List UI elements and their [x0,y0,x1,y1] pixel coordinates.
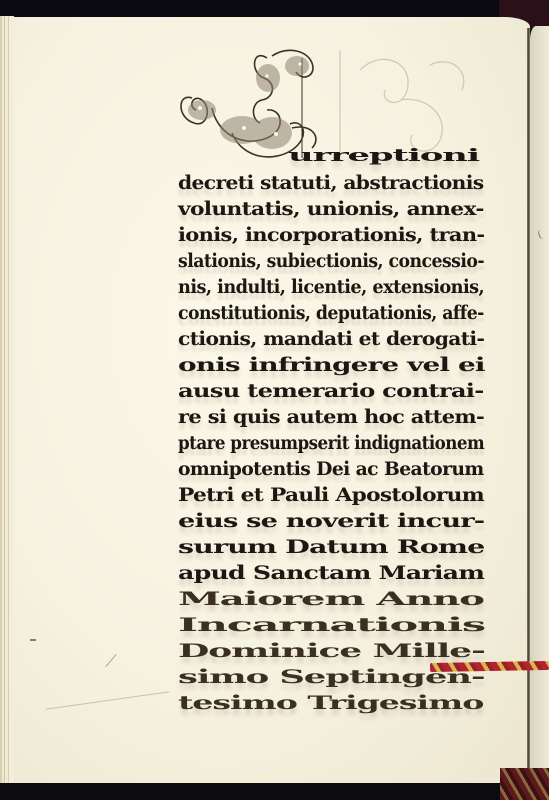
text-line: re si quis autem hoc attem- [178,406,484,428]
text-line: ausu temerario contrai- [178,380,484,402]
ink-mark [30,639,36,641]
next-page-edge [530,26,549,771]
page-edges-left [0,16,14,786]
text-line: Petri et Pauli Apostolorum [178,484,484,506]
text-line: voluntatis, unionis, annex- [178,198,484,220]
text-line: omnipotentis Dei ac Beatorum [178,458,484,480]
text-line: ctionis, mandati et derogati- [178,328,484,350]
text-line: surum Datum Rome [178,536,484,558]
text-line: Incarnationis [178,614,485,636]
text-line: nis, indulti, licentie, extensionis, [178,276,484,298]
text-line: constitutionis, deputationis, affe- [178,302,484,324]
text-line: ptare presumpserit indignationem [178,432,484,454]
dark-background-top [0,0,549,18]
text-line: decreti statuti, abstractionis [178,172,484,194]
text-line: tesimo Trigesimo [178,692,483,714]
text-line: ionis, incorporationis, tran- [178,224,484,246]
dark-background-bottom [0,783,549,800]
text-line: Maiorem Anno [178,588,484,610]
binding-textile [500,768,549,800]
text-line: eius se noverit incur- [178,510,484,532]
text-line: onis infringere vel ei [178,354,485,376]
text-line: slationis, subiectionis, concessio- [178,250,484,272]
text-line: apud Sanctam Mariam [178,562,484,584]
text-line: urreptioni [288,146,479,166]
text-line: Dominice Mille- [178,640,485,662]
